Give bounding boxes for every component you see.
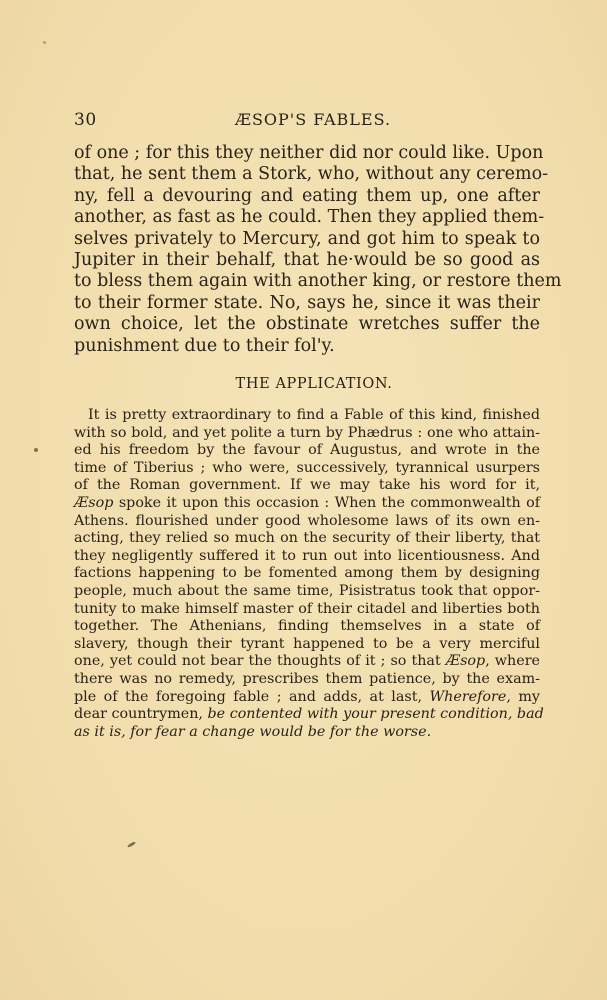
text-line: there was no remedy, prescribes them pat…	[74, 671, 540, 689]
text-line: ny, fell a devouring and eating them up,…	[74, 186, 540, 207]
book-page: 30 ÆSOP'S FABLES. of one ; for this they…	[0, 0, 607, 1000]
text-line: one, yet could not bear the thoughts of …	[74, 653, 540, 671]
text-line: time of Tiberius ; who were, successivel…	[74, 460, 540, 478]
italic-run: Wherefore	[429, 689, 506, 705]
text-line: slavery, though their tyrant happened to…	[74, 636, 540, 654]
text-line: together. The Athenians, finding themsel…	[74, 618, 540, 636]
text-run: , my	[506, 689, 540, 705]
text-run: they negligently suffered it to run out …	[74, 548, 540, 564]
text-line: to bless them again with another king, o…	[74, 271, 540, 292]
text-run: dear countrymen,	[74, 706, 208, 722]
text-line: ple of the foregoing fable ; and adds, a…	[74, 689, 540, 707]
text-run: ed his freedom by the favour of Augustus…	[74, 442, 540, 458]
fable-text: of one ; for this they neither did nor c…	[74, 143, 540, 357]
running-title: ÆSOP'S FABLES.	[74, 110, 534, 129]
text-run: ple of the foregoing fable ; and adds, a…	[74, 689, 429, 705]
section-heading: THE APPLICATION.	[74, 376, 540, 392]
text-line: Jupiter in their behalf, that he·would b…	[74, 250, 540, 271]
text-run: slavery, though their tyrant happened to…	[74, 636, 540, 652]
text-line: Athens. flourished under good wholesome …	[74, 513, 540, 531]
text-line: people, much about the same time, Pisist…	[74, 583, 540, 601]
text-run: spoke it upon this occasion : When the c…	[113, 495, 540, 511]
text-line: of the Roman government. If we may take …	[74, 477, 540, 495]
text-line: own choice, let the obstinate wretches s…	[74, 314, 540, 335]
text-line: tunity to make himself master of their c…	[74, 601, 540, 619]
text-line: to their former state. No, says he, sinc…	[74, 293, 540, 314]
text-line: selves privately to Mercury, and got him…	[74, 229, 540, 250]
text-run: time of Tiberius ; who were, successivel…	[74, 460, 540, 476]
text-line: ed his freedom by the favour of Augustus…	[74, 442, 540, 460]
text-run: It is pretty extraordinary to find a Fab…	[88, 407, 540, 423]
text-line: as it is, for fear a change would be for…	[74, 724, 540, 742]
text-line: It is pretty extraordinary to find a Fab…	[74, 407, 540, 425]
text-line: acting, they relied so much on the secur…	[74, 530, 540, 548]
text-run: one, yet could not bear the thoughts of …	[74, 653, 446, 669]
text-line: that, he sent them a Stork, who, without…	[74, 164, 540, 185]
text-line: with so bold, and yet polite a turn by P…	[74, 425, 540, 443]
text-line: punishment due to their fol'y.	[74, 336, 540, 357]
text-run: together. The Athenians, finding themsel…	[74, 618, 540, 634]
text-line: factions happening to be fomented among …	[74, 565, 540, 583]
italic-run: Æsop	[74, 495, 113, 511]
italic-run: be contented with your present condition…	[208, 706, 544, 722]
ink-mark	[127, 841, 136, 848]
text-line: Æsop spoke it upon this occasion : When …	[74, 495, 540, 513]
text-run: factions happening to be fomented among …	[74, 565, 540, 581]
text-run: of the Roman government. If we may take …	[74, 477, 540, 493]
text-line: another, as fast as he could. Then they …	[74, 207, 540, 228]
text-run: Athens. flourished under good wholesome …	[74, 513, 540, 529]
text-line: of one ; for this they neither did nor c…	[74, 143, 540, 164]
text-run: with so bold, and yet polite a turn by P…	[74, 425, 540, 441]
application-text: It is pretty extraordinary to find a Fab…	[74, 407, 540, 741]
text-run: people, much about the same time, Pisist…	[74, 583, 540, 599]
text-run: tunity to make himself master of their c…	[74, 601, 540, 617]
text-run: there was no remedy, prescribes them pat…	[74, 671, 540, 687]
paper-speck	[34, 448, 38, 452]
paper-speck	[43, 41, 46, 44]
text-line: dear countrymen, be contented with your …	[74, 706, 540, 724]
italic-run: as it is, for fear a change would be for…	[74, 724, 431, 740]
text-run: , where	[485, 653, 540, 669]
text-line: they negligently suffered it to run out …	[74, 548, 540, 566]
page-header: 30 ÆSOP'S FABLES.	[74, 110, 534, 134]
text-run: acting, they relied so much on the secur…	[74, 530, 540, 546]
italic-run: Æsop	[446, 653, 485, 669]
